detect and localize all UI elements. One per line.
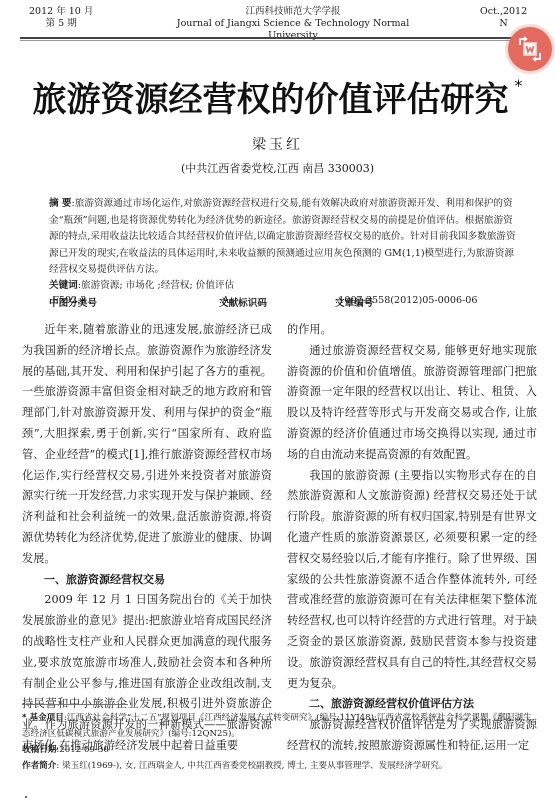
issue-number: 第 5 期 <box>29 18 93 30</box>
issue-date-en: Oct.,2012 N <box>480 6 527 30</box>
paragraph-intro: 近年来,随着旅游业的迅速发展,旅游经济已成为我国新的经济增长点。旅游资源作为旅游… <box>22 320 272 570</box>
issue-month: 2012 年 10 月 <box>29 6 93 18</box>
received-date: :2012-09-30 <box>56 745 108 755</box>
issue-date: 2012 年 10 月 第 5 期 <box>29 6 93 30</box>
footnote-fund: * 基金项目:江西省社会科学“十二五”规划项目《江西经济发展方式转变研究》(编号… <box>22 710 537 742</box>
bio-text: : 梁玉红(1969-), 女, 江西瑞金人, 中共江西省委党校副教授, 博士,… <box>56 761 447 771</box>
abstract-text: :旅游资源通过市场化运作,对旅游资源经营权进行交易,能有效解决政府对旅游资源开发… <box>49 198 516 275</box>
convert-to-word-button[interactable] <box>508 27 552 71</box>
section-heading-1: 一、旅游资源经营权交易 <box>22 570 272 591</box>
issue-month-en: Oct.,2012 <box>480 6 527 18</box>
footnote-rule <box>22 704 128 705</box>
received-label: 收稿日期 <box>22 745 56 755</box>
body-column-left: 近年来,随着旅游业的迅速发展,旅游经济已成为我国新的经济增长点。旅游资源作为旅游… <box>22 320 272 757</box>
scan-speck <box>25 796 27 798</box>
footnotes: * 基金项目:江西省社会科学“十二五”规划项目《江西经济发展方式转变研究》(编号… <box>22 710 537 774</box>
abstract-label: 摘 要 <box>49 198 72 209</box>
author-affiliation: (中共江西省委党校,江西 南昌 330003) <box>0 160 555 176</box>
clc-value: :F592.3 <box>49 295 86 306</box>
paragraph-continued: 的作用。 <box>287 320 537 341</box>
doc-code-value: :A <box>219 295 229 306</box>
keywords: 关键词:旅游资源; 市场化 ;经营权; 价值评估 <box>49 277 234 291</box>
header-rule-thin <box>20 40 520 41</box>
paragraph-trial-stage: 我国的旅游资源 (主要指以实物形式存在的自然旅游资源和人文旅游资源) 经营权交易… <box>287 466 537 695</box>
running-header: 2012 年 10 月 第 5 期 江西科技师范大学学报 Journal of … <box>0 6 555 36</box>
body-column-right: 的作用。 通过旅游资源经营权交易, 能够更好地实现旅游资源的价值和价值增值。旅游… <box>287 320 537 757</box>
footnote-received: 收稿日期:2012-09-30 <box>22 742 537 758</box>
footnote-author-bio: 作者简介: 梁玉红(1969-), 女, 江西瑞金人, 中共江西省委党校副教授,… <box>22 758 537 774</box>
keywords-text: :旅游资源; 市场化 ;经营权; 价值评估 <box>78 280 234 291</box>
journal-name-cn: 江西科技师范大学学报 <box>168 6 418 18</box>
abstract: 摘 要:旅游资源通过市场化运作,对旅游资源经营权进行交易,能有效解决政府对旅游资… <box>49 196 519 279</box>
fund-text: :江西省社会科学“十二五”规划项目《江西经济发展方式转变研究》(编号:11YJ4… <box>22 713 532 739</box>
keywords-label: 关键词 <box>49 280 78 291</box>
bio-label: 作者简介 <box>22 761 56 771</box>
header-rule <box>20 37 520 39</box>
fund-label: * 基金项目 <box>22 713 64 723</box>
wps-convert-icon <box>517 36 543 62</box>
paragraph-trade-value: 通过旅游资源经营权交易, 能够更好地实现旅游资源的价值和价值增值。旅游资源管理部… <box>287 341 537 466</box>
paper-title: 旅游资源经营权的价值评估研究* <box>0 72 555 121</box>
author-name: 梁玉红 <box>0 134 555 154</box>
title-footnote-mark: * <box>515 76 523 95</box>
article-number-value: :1007-3558(2012)05-0006-06 <box>335 295 478 306</box>
paper-title-text: 旅游资源经营权的价值评估研究 <box>33 80 509 120</box>
